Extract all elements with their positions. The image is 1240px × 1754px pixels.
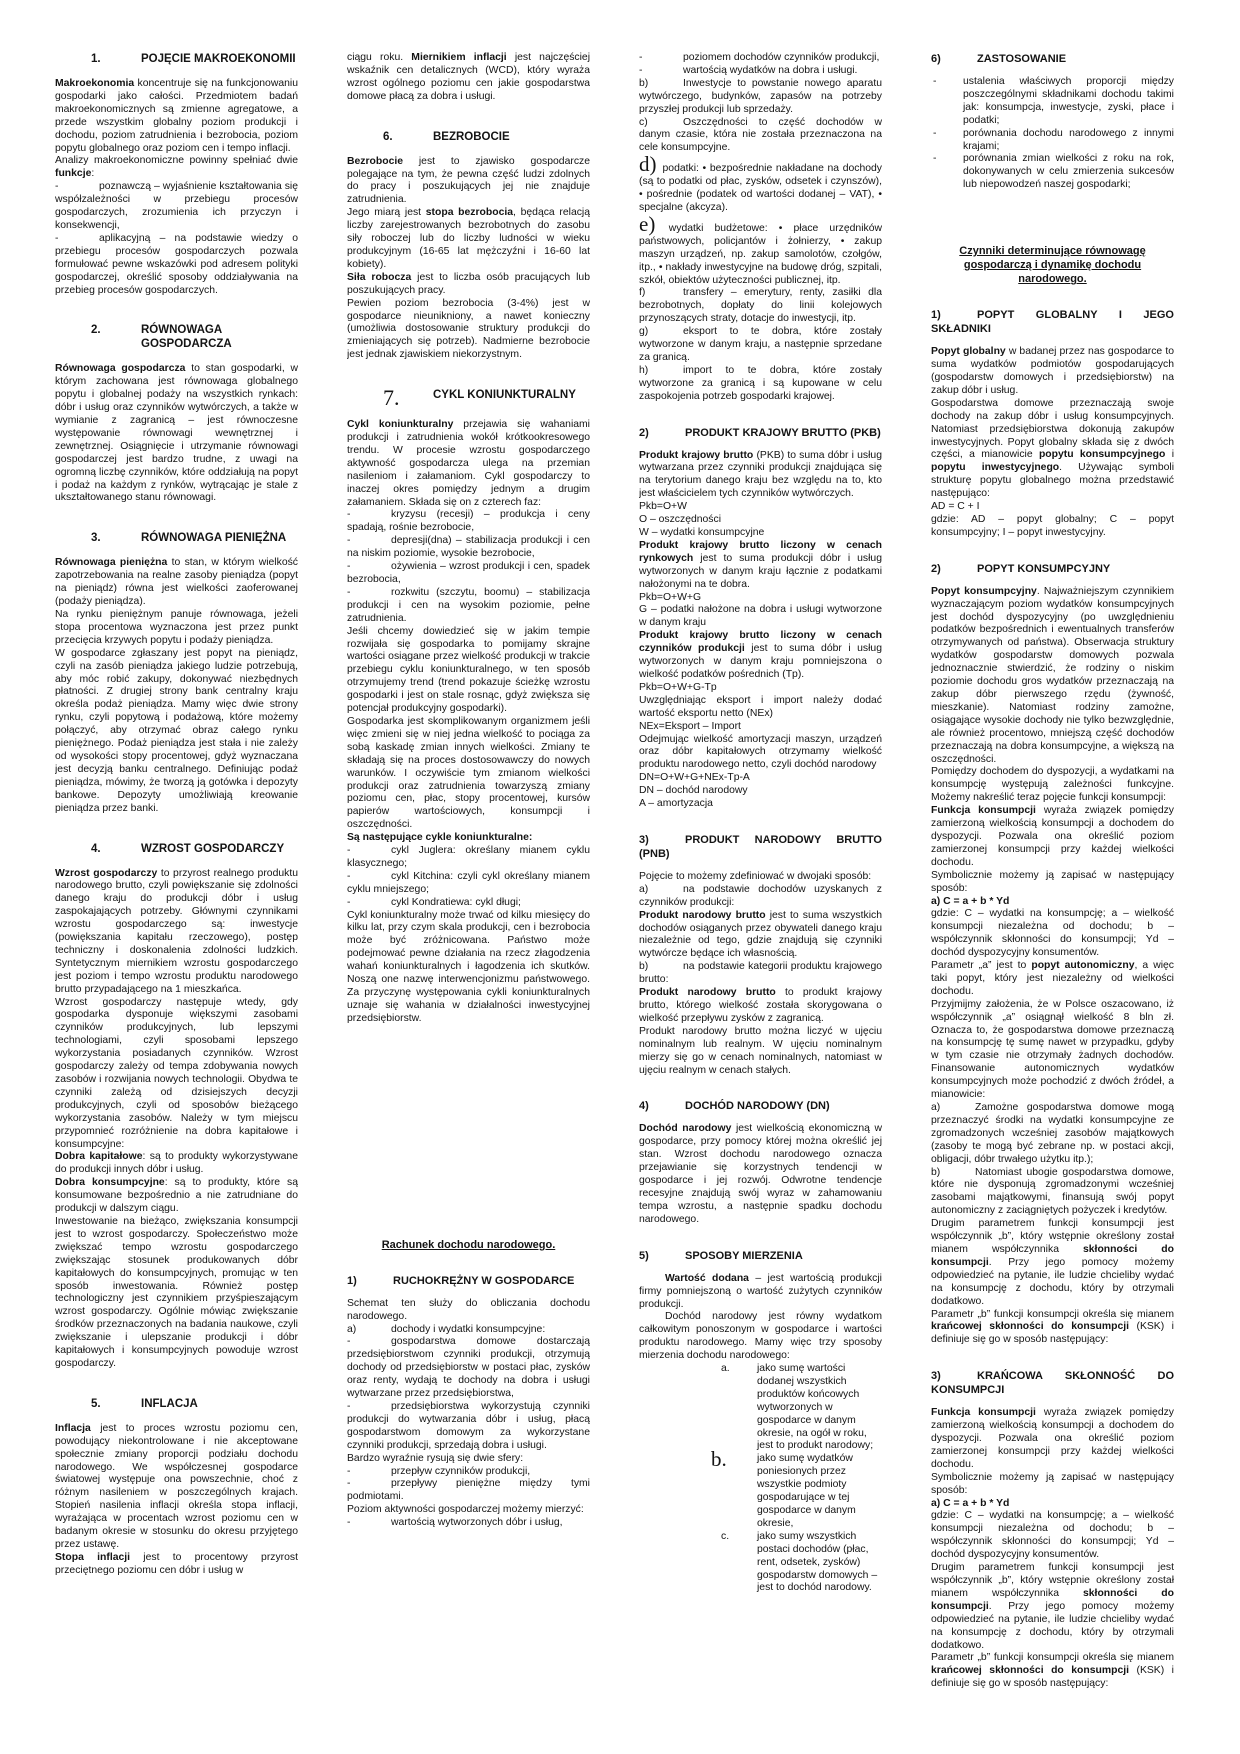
text-run: wartością wydatków na dobra i usługi.: [683, 65, 857, 76]
text-run: Pkb=O+W+G-Tp: [639, 682, 717, 693]
paragraph: ciągu roku. Miernikiem inflacji jest naj…: [347, 52, 590, 104]
text-run: poziomem dochodów czynników produkcji,: [683, 52, 879, 63]
text-run: Wzrost gospodarczy następuje wtedy, gdy …: [55, 997, 298, 1150]
text-run: Analizy makroekonomiczne powinny spełnia…: [55, 155, 298, 166]
bold-text-run: funkcje: [55, 168, 91, 179]
paragraph: Bezrobocie jest to zjawisko gospodarcze …: [347, 156, 590, 208]
underlined-heading: Rachunek dochodu narodowego.: [347, 1238, 590, 1252]
formula-line: NEx=Eksport – Import: [639, 721, 882, 734]
text-run: DN – dochód narodowy: [639, 785, 748, 796]
paragraph: Uwzględniając eksport i import należy do…: [639, 695, 882, 721]
paragraph: Równowaga gospodarcza to stan gospodarki…: [55, 363, 298, 505]
paragraph: Funkcja konsumpcji wyraża związek pomięd…: [931, 1407, 1174, 1472]
text-run: Dochód narodowy jest równy wydatkom całk…: [639, 1311, 882, 1361]
list-item: -cykl Kondratiewa: cykl długi;: [347, 897, 590, 910]
paragraph: Gospodarka jest skomplikowanym organizme…: [347, 716, 590, 832]
bold-text-run: Siła robocza: [347, 272, 411, 283]
list-marker: -: [347, 871, 391, 884]
text-run: :: [91, 168, 94, 179]
text-run: wartością wytworzonych dóbr i usług,: [391, 1517, 563, 1528]
section-title: INFLACJA: [141, 1397, 198, 1411]
paragraph: Funkcja konsumpcji wyraża związek pomięd…: [931, 805, 1174, 870]
paragraph: W gospodarce zgłaszany jest popyt na pie…: [55, 648, 298, 816]
section-heading: 5)SPOSOBY MIERZENIA: [639, 1249, 882, 1263]
text-run: G – podatki nałożone na dobra i usługi w…: [639, 604, 882, 628]
list-item: f)transfery – emerytury, renty, zasiłki …: [639, 287, 882, 326]
text-run: gdzie: C – wydatki na konsumpcję; a – wi…: [931, 908, 1174, 958]
paragraph: Równowaga pieniężna to stan, w którym wi…: [55, 557, 298, 609]
list-item: -poziomem dochodów czynników produkcji,: [639, 52, 882, 65]
list-item: c)Oszczędności to część dochodów w danym…: [639, 117, 882, 156]
list-marker: -: [639, 65, 683, 78]
bold-text-run: Wzrost gospodarczy: [55, 868, 157, 879]
bold-text-run: Funkcja konsumpcji: [931, 805, 1036, 816]
underlined-heading: Czynniki determinujące równowagę gospoda…: [931, 244, 1174, 286]
list-item: -wartością wytworzonych dóbr i usług,: [347, 1517, 590, 1530]
formula-line: Pkb=O+W+G-Tp: [639, 682, 882, 695]
paragraph: Produkt narodowy brutto to produkt krajo…: [639, 987, 882, 1026]
text-run: i: [1165, 449, 1174, 460]
text-run: Inwestowanie na bieżąco, zwiększania kon…: [55, 1216, 298, 1369]
list-item: -porównania dochodu narodowego z innymi …: [931, 128, 1174, 154]
text-run: Cykl koniunkturalny może trwać od kilku …: [347, 910, 590, 1024]
text-run: Symbolicznie możemy ją zapisać w następu…: [931, 870, 1174, 894]
section-number: 6.: [383, 130, 433, 144]
list-item: -przepływy pieniężne między tymi podmiot…: [347, 1478, 590, 1504]
section-heading: 1.POJĘCIE MAKROEKONOMII: [55, 52, 298, 66]
paragraph: Dobra kapitałowe: są to produkty wykorzy…: [55, 1151, 298, 1177]
paragraph: Bardzo wyraźnie rysują się dwie sfery:: [347, 1453, 590, 1466]
bold-text-run: popytu konsumpcyjnego: [1039, 449, 1165, 460]
paragraph: Siła robocza jest to liczba osób pracują…: [347, 272, 590, 298]
formula-line: Pkb=O+W: [639, 501, 882, 514]
list-item: g)eksport to te dobra, które zostały wyt…: [639, 326, 882, 365]
paragraph: Parametr „a” jest to popyt autonomiczny,…: [931, 960, 1174, 999]
paragraph: Drugim parametrem funkcji konsumpcji jes…: [931, 1562, 1174, 1652]
bold-text-run: Stopa inflacji: [55, 1552, 130, 1563]
text-run: przepływ czynników produkcji,: [391, 1466, 530, 1477]
section-heading: 3.RÓWNOWAGA PIENIĘŻNA: [55, 531, 298, 545]
paragraph: e) wydatki budżetowe: • płace urzędników…: [639, 215, 882, 288]
text-run: jest to proces wzrostu poziomu cen, powo…: [55, 1423, 298, 1550]
paragraph: gdzie: AD – popyt globalny; C – popyt ko…: [931, 514, 1174, 540]
list-marker: -: [347, 561, 391, 574]
bold-text-run: popyt autonomiczny: [1031, 960, 1134, 971]
paragraph: Parametr „b” funkcji konsumpcji określa …: [931, 1652, 1174, 1691]
paragraph: Jeśli chcemy dowiedzieć się w jakim temp…: [347, 626, 590, 716]
bold-text-run: Wartość dodana: [665, 1273, 749, 1284]
list-item: -aplikacyjną – na podstawie wiedzy o prz…: [55, 233, 298, 298]
text-run: Pkb=O+W+G: [639, 592, 701, 603]
list-marker: b.: [711, 1450, 727, 1469]
list-item: -cykl Kitchina: czyli cykl określany mia…: [347, 871, 590, 897]
list-marker: -: [347, 897, 391, 910]
section-number: 1): [931, 308, 977, 322]
paragraph: Stopa inflacji jest to procentowy przyro…: [55, 1552, 298, 1578]
list-marker: -: [347, 535, 391, 548]
paragraph: Wzrost gospodarczy to przyrost realnego …: [55, 868, 298, 997]
list-item: -kryzysu (recesji) – produkcja i ceny sp…: [347, 509, 590, 535]
text-run: Parametr „a” jest to: [931, 960, 1031, 971]
section-number: 3): [931, 1369, 977, 1383]
list-item: -ustalenia właściwych proporcji między p…: [931, 76, 1174, 128]
section-heading: 6.BEZROBOCIE: [347, 130, 590, 144]
list-marker: -: [55, 233, 99, 246]
text-run: Bardzo wyraźnie rysują się dwie sfery:: [347, 1453, 523, 1464]
bold-text-run: Są następujące cykle koniunkturalne:: [347, 832, 532, 843]
list-marker: -: [933, 128, 936, 141]
text-run: DN=O+W+G+NEx-Tp-A: [639, 772, 750, 783]
section-heading: 1)RUCHOKRĘŻNY W GOSPODARCE: [347, 1274, 590, 1288]
paragraph: Dobra konsumpcyjne: są to produkty, któr…: [55, 1177, 298, 1216]
text-run: Pewien poziom bezrobocia (3-4%) jest w g…: [347, 298, 590, 361]
bold-text-run: Popyt globalny: [931, 346, 1006, 357]
list-item: -przedsiębiorstwa wykorzystują czynniki …: [347, 1401, 590, 1453]
list-marker: -: [347, 845, 391, 858]
column-3: -poziomem dochodów czynników produkcji,-…: [639, 52, 882, 1724]
list-marker: -: [933, 153, 936, 166]
paragraph: Makroekonomia koncentruje się na funkcjo…: [55, 78, 298, 155]
text-run: dochody i wydatki konsumpcyjne:: [391, 1324, 545, 1335]
list-marker: b): [639, 961, 683, 974]
paragraph: Produkt narodowy brutto można liczyć w u…: [639, 1026, 882, 1078]
nested-list-item: a.jako sumę wartości dodanej wszystkich …: [639, 1363, 882, 1453]
bold-text-run: Dobra konsumpcyjne: [55, 1177, 165, 1188]
paragraph: Produkt narodowy brutto jest to suma wsz…: [639, 910, 882, 962]
paragraph: Wartość dodana – jest wartością produkcj…: [639, 1273, 882, 1312]
list-marker: -: [933, 76, 936, 89]
section-heading: 4)DOCHÓD NARODOWY (DN): [639, 1099, 882, 1113]
section-heading: 5.INFLACJA: [55, 1397, 298, 1411]
section-heading: 7.CYKL KONIUNKTURALNY: [347, 388, 590, 407]
section-number: 3): [639, 833, 685, 847]
section-number: 7.: [383, 388, 433, 407]
text-run: to stan gospodarki, w którym zachowana j…: [55, 363, 298, 503]
bold-text-run: Produkt krajowy brutto: [639, 450, 753, 461]
paragraph: Na rynku pieniężnym panuje równowaga, je…: [55, 609, 298, 648]
paragraph: Inwestowanie na bieżąco, zwiększania kon…: [55, 1216, 298, 1371]
paragraph: Produkt krajowy brutto liczony w cenach …: [639, 630, 882, 682]
formula-line: O – oszczędności: [639, 514, 882, 527]
list-item: b)na podstawie kategorii produktu krajow…: [639, 961, 882, 987]
bold-text-run: popytu inwestycyjnego: [931, 462, 1059, 473]
text-run: Pojęcie to możemy zdefiniować w dwojaki …: [639, 871, 871, 882]
bold-text-run: Bezrobocie: [347, 156, 403, 167]
section-heading: 3)PRODUKT NARODOWY BRUTTO (PNB): [639, 833, 882, 861]
paragraph: Popyt konsumpcyjny. Najważniejszym czynn…: [931, 586, 1174, 767]
text-run: Pomiędzy dochodem do dyspozycji, a wydat…: [931, 766, 1174, 803]
paragraph: Parametr „b” funkcji konsumpcji określa …: [931, 1309, 1174, 1348]
bold-text-run: Dobra kapitałowe: [55, 1151, 143, 1162]
bold-text-run: Równowaga pieniężna: [55, 557, 167, 568]
section-title: DOCHÓD NARODOWY (DN): [685, 1100, 830, 1112]
list-item: -porównania zmian wielkości z roku na ro…: [931, 153, 1174, 192]
text-run: to przyrost realnego produktu narodowego…: [55, 868, 298, 995]
column-4: 6)ZASTOSOWANIE-ustalenia właściwych prop…: [931, 52, 1174, 1724]
bold-text-run: stopa bezrobocia: [426, 207, 513, 218]
text-run: przejawia się wahaniami produkcji i zatr…: [347, 419, 590, 507]
paragraph: Schemat ten służy do obliczania dochodu …: [347, 1298, 590, 1324]
list-marker: -: [347, 1478, 391, 1491]
paragraph: gdzie: C – wydatki na konsumpcję; a – wi…: [931, 908, 1174, 960]
document-page: 1.POJĘCIE MAKROEKONOMIIMakroekonomia kon…: [0, 0, 1240, 1754]
paragraph: Drugim parametrem funkcji konsumpcji jes…: [931, 1218, 1174, 1308]
paragraph: Pomiędzy dochodem do dyspozycji, a wydat…: [931, 766, 1174, 805]
list-marker: -: [639, 52, 683, 65]
paragraph: Przyjmijmy założenia, że w Polsce oszaco…: [931, 999, 1174, 1102]
list-marker: -: [347, 1517, 391, 1530]
section-title: ZASTOSOWANIE: [977, 53, 1066, 65]
list-item: -ożywienia – wzrost produkcji i cen, spa…: [347, 561, 590, 587]
paragraph: Analizy makroekonomiczne powinny spełnia…: [55, 155, 298, 181]
text-run: jako sumę wartości dodanej wszystkich pr…: [757, 1363, 873, 1451]
paragraph: d) podatki: • bezpośrednie nakładane na …: [639, 155, 882, 215]
text-run: cykl Kondratiewa: cykl długi;: [391, 897, 521, 908]
list-marker: a): [347, 1324, 391, 1337]
section-title: RÓWNOWAGA PIENIĘŻNA: [141, 531, 286, 545]
nested-list-item: b.jako sumę wydatków poniesionych przez …: [639, 1453, 882, 1530]
list-item: -przepływ czynników produkcji,: [347, 1466, 590, 1479]
formula-line: Pkb=O+W+G: [639, 592, 882, 605]
text-run: porównania dochodu narodowego z innymi k…: [963, 128, 1174, 152]
list-item: a)dochody i wydatki konsumpcyjne:: [347, 1324, 590, 1337]
text-run: Schemat ten służy do obliczania dochodu …: [347, 1298, 590, 1322]
list-marker: g): [639, 326, 683, 339]
bold-text-run: Dochód narodowy: [639, 1123, 731, 1134]
formula-line: AD = C + I: [931, 501, 1174, 514]
paragraph: Wzrost gospodarczy następuje wtedy, gdy …: [55, 997, 298, 1152]
section-title: POPYT KONSUMPCYJNY: [977, 563, 1110, 575]
text-run: wydatki budżetowe: • płace urzędników pa…: [639, 223, 882, 286]
paragraph: Symbolicznie możemy ją zapisać w następu…: [931, 870, 1174, 896]
paragraph: Jego miarą jest stopa bezrobocia, będąca…: [347, 207, 590, 272]
text-run: gdzie: C – wydatki na konsumpcję; a – wi…: [931, 1510, 1174, 1560]
list-item: h)import to te dobra, które zostały wytw…: [639, 365, 882, 404]
list-marker: -: [347, 587, 391, 600]
paragraph: Poziom aktywności gospodarczej możemy mi…: [347, 1504, 590, 1517]
spacer: [347, 1026, 590, 1216]
text-run: jako sumę wydatków poniesionych przez ws…: [757, 1453, 856, 1529]
list-item: -cykl Juglera: określany mianem cyklu kl…: [347, 845, 590, 871]
paragraph: Gospodarstwa domowe przeznaczają swoje d…: [931, 398, 1174, 501]
list-marker: -: [347, 509, 391, 522]
paragraph: Dochód narodowy jest wielkością ekonomic…: [639, 1123, 882, 1226]
paragraph: Pewien poziom bezrobocia (3-4%) jest w g…: [347, 298, 590, 363]
text-run: NEx=Eksport – Import: [639, 721, 741, 732]
list-item: -depresji(dna) – stabilizacja produkcji …: [347, 535, 590, 561]
paragraph: gdzie: C – wydatki na konsumpcję; a – wi…: [931, 1510, 1174, 1562]
text-run: ciągu roku.: [347, 52, 411, 63]
text-run: Gospodarka jest skomplikowanym organizme…: [347, 716, 590, 830]
list-marker: a.: [721, 1363, 730, 1376]
text-run: Na rynku pieniężnym panuje równowaga, je…: [55, 609, 298, 646]
text-run: Pkb=O+W: [639, 501, 687, 512]
section-number: 2): [931, 562, 977, 576]
text-run: Jeśli chcemy dowiedzieć się w jakim temp…: [347, 626, 590, 714]
text-run: . Najważniejszym czynnikiem wyznaczający…: [931, 586, 1174, 765]
text-run: jest wielkością ekonomiczną w gospodarce…: [639, 1123, 882, 1224]
text-run: Jego miarą jest: [347, 207, 426, 218]
column-1: 1.POJĘCIE MAKROEKONOMIIMakroekonomia kon…: [55, 52, 298, 1724]
paragraph: Symbolicznie możemy ją zapisać w następu…: [931, 1472, 1174, 1498]
list-item: -wartością wydatków na dobra i usługi.: [639, 65, 882, 78]
list-marker: b): [639, 78, 683, 91]
section-number: 5): [639, 1249, 685, 1263]
bold-text-run: Inflacja: [55, 1423, 91, 1434]
list-item: a)Zamożne gospodarstwa domowe mogą przez…: [931, 1102, 1174, 1167]
formula-line: W – wydatki konsumpcyjne: [639, 527, 882, 540]
formula-line: a) C = a + b * Yd: [931, 1498, 1174, 1511]
formula-line: A – amortyzacja: [639, 798, 882, 811]
text-run: podatki: • bezpośrednie nakładane na doc…: [639, 163, 882, 213]
list-marker: c): [639, 117, 683, 130]
list-marker: f): [639, 287, 683, 300]
text-run: Symbolicznie możemy ją zapisać w następu…: [931, 1472, 1174, 1496]
list-marker: h): [639, 365, 683, 378]
bold-text-run: a) C = a + b * Yd: [931, 896, 1009, 907]
bold-text-run: Miernikiem inflacji: [411, 52, 506, 63]
list-marker: c.: [721, 1531, 729, 1544]
text-run: porównania zmian wielkości z roku na rok…: [963, 153, 1174, 190]
list-item: b)Inwestycje to powstanie nowego aparatu…: [639, 78, 882, 117]
text-run: O – oszczędności: [639, 514, 721, 525]
section-title: RUCHOKRĘŻNY W GOSPODARCE: [393, 1275, 574, 1287]
paragraph: Produkt krajowy brutto (PKB) to suma dób…: [639, 450, 882, 502]
section-number: 3.: [91, 531, 141, 545]
paragraph: Produkt krajowy brutto liczony w cenach …: [639, 540, 882, 592]
list-marker: a): [931, 1102, 975, 1115]
bold-text-run: Makroekonomia: [55, 78, 134, 89]
list-marker: -: [55, 181, 99, 194]
paragraph: G – podatki nałożone na dobra i usługi w…: [639, 604, 882, 630]
section-title: RÓWNOWAGA GOSPODARCZA: [141, 323, 298, 351]
list-marker: a): [639, 884, 683, 897]
paragraph: Dochód narodowy jest równy wydatkom całk…: [639, 1311, 882, 1363]
nested-list-item: c.jako sumy wszystkich postaci dochodów …: [639, 1531, 882, 1596]
section-heading: 2)PRODUKT KRAJOWY BRUTTO (PKB): [639, 426, 882, 440]
section-title: POJĘCIE MAKROEKONOMII: [141, 52, 296, 66]
text-run: W – wydatki konsumpcyjne: [639, 527, 764, 538]
section-number: 4): [639, 1099, 685, 1113]
text-run: A – amortyzacja: [639, 798, 713, 809]
list-marker: -: [347, 1336, 391, 1349]
text-run: Parametr „b” funkcji konsumpcji określa …: [931, 1652, 1174, 1663]
section-number: 2.: [91, 323, 141, 351]
paragraph: Pojęcie to możemy zdefiniować w dwojaki …: [639, 871, 882, 884]
text-run: Poziom aktywności gospodarczej możemy mi…: [347, 1504, 584, 1515]
formula-line: DN – dochód narodowy: [639, 785, 882, 798]
text-run: W gospodarce zgłaszany jest popyt na pie…: [55, 648, 298, 814]
text-run: Produkt narodowy brutto można liczyć w u…: [639, 1026, 882, 1076]
spacer: [931, 192, 1174, 222]
text-run: Odejmując wielkość amortyzacji maszyn, u…: [639, 734, 882, 771]
text-run: koncentruje się na funkcjonowaniu gospod…: [55, 78, 298, 154]
section-title: BEZROBOCIE: [433, 130, 510, 144]
bold-text-run: krańcowej skłonności do konsumpcji: [931, 1321, 1129, 1332]
list-marker: -: [347, 1466, 391, 1479]
bold-text-run: Produkt narodowy brutto: [639, 987, 776, 998]
text-run: ustalenia właściwych proporcji między po…: [963, 76, 1174, 126]
paragraph: Inflacja jest to proces wzrostu poziomu …: [55, 1423, 298, 1552]
paragraph: Są następujące cykle koniunkturalne:: [347, 832, 590, 845]
paragraph: Odejmując wielkość amortyzacji maszyn, u…: [639, 734, 882, 773]
section-number: 2): [639, 426, 685, 440]
bold-text-run: Funkcja konsumpcji: [931, 1407, 1036, 1418]
list-item: -poznawczą – wyjaśnienie kształtowania s…: [55, 181, 298, 233]
section-number: 1.: [91, 52, 141, 66]
section-heading: 2.RÓWNOWAGA GOSPODARCZA: [55, 323, 298, 351]
text-run: jako sumy wszystkich postaci dochodów (p…: [757, 1531, 877, 1594]
section-heading: 6)ZASTOSOWANIE: [931, 52, 1174, 66]
bold-text-run: Popyt konsumpcyjny: [931, 586, 1037, 597]
list-item: b)Natomiast ubogie gospodarstwa domowe, …: [931, 1167, 1174, 1219]
formula-line: a) C = a + b * Yd: [931, 896, 1174, 909]
section-number: 4.: [91, 842, 141, 856]
list-item: -gospodarstwa domowe dostarczają przedsi…: [347, 1336, 590, 1401]
list-item: -rozkwitu (szczytu, boomu) – stabilizacj…: [347, 587, 590, 626]
section-heading: 1)POPYT GLOBALNY I JEGO SKŁADNIKI: [931, 308, 1174, 336]
paragraph: Popyt globalny w badanej przez nas gospo…: [931, 346, 1174, 398]
formula-line: DN=O+W+G+NEx-Tp-A: [639, 772, 882, 785]
section-title: PRODUKT KRAJOWY BRUTTO (PKB): [685, 427, 881, 439]
section-title: WZROST GOSPODARCZY: [141, 842, 284, 856]
paragraph-label: d): [639, 152, 663, 176]
section-heading: 3)KRAŃCOWA SKŁONNOŚĆ DO KONSUMPCJI: [931, 1369, 1174, 1397]
section-title: SPOSOBY MIERZENIA: [685, 1250, 803, 1262]
list-item: a)na podstawie dochodów uzyskanych z czy…: [639, 884, 882, 910]
text-run: Przyjmijmy założenia, że w Polsce oszaco…: [931, 999, 1174, 1100]
paragraph-label: e): [639, 212, 669, 236]
section-number: 5.: [91, 1397, 141, 1411]
section-heading: 4.WZROST GOSPODARCZY: [55, 842, 298, 856]
text-run: gdzie: AD – popyt globalny; C – popyt ko…: [931, 514, 1174, 538]
text-run: Uwzględniając eksport i import należy do…: [639, 695, 882, 719]
section-heading: 2)POPYT KONSUMPCYJNY: [931, 562, 1174, 576]
bold-text-run: Równowaga gospodarcza: [55, 363, 185, 374]
list-marker: -: [347, 1401, 391, 1414]
paragraph: Cykl koniunkturalny może trwać od kilku …: [347, 910, 590, 1026]
section-number: 6): [931, 52, 977, 66]
paragraph: Cykl koniunkturalny przejawia się wahani…: [347, 419, 590, 509]
text-run: AD = C + I: [931, 501, 980, 512]
list-marker: b): [931, 1167, 975, 1180]
section-title: CYKL KONIUNKTURALNY: [433, 388, 576, 407]
bold-text-run: Produkt narodowy brutto: [639, 910, 766, 921]
bold-text-run: Cykl koniunkturalny: [347, 419, 453, 430]
section-number: 1): [347, 1274, 393, 1288]
column-2: ciągu roku. Miernikiem inflacji jest naj…: [347, 52, 590, 1724]
bold-text-run: krańcowej skłonności do konsumpcji: [931, 1665, 1129, 1676]
text-run: Parametr „b” funkcji konsumpcji określa …: [931, 1309, 1174, 1320]
bold-text-run: a) C = a + b * Yd: [931, 1498, 1009, 1509]
